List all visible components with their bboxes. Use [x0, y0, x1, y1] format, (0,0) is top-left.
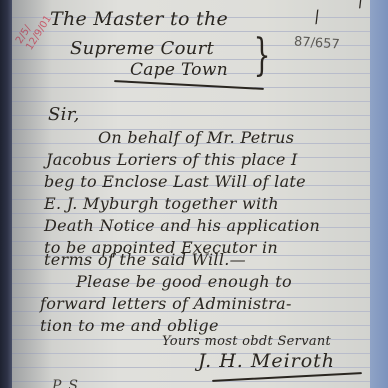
addressee-line-1: The Master to the	[50, 8, 228, 30]
body-line: E. J. Myburgh together with	[44, 194, 279, 213]
body-line: Death Notice and his application	[44, 216, 320, 235]
addressee-line-3: Cape Town	[130, 60, 228, 80]
body-line: beg to Enclose Last Will of late	[44, 172, 306, 191]
body-line: Jacobus Loriers of this place I	[46, 150, 298, 169]
body-line: On behalf of Mr. Petrus	[98, 128, 294, 147]
red-margin-annotation: 2/5/ 12/9/01	[14, 7, 55, 52]
address-underline-flourish	[114, 80, 264, 90]
top-stroke-marks: / /	[311, 0, 370, 26]
body-line: terms of the said Will.—	[44, 250, 246, 269]
salutation: Sir,	[48, 104, 80, 125]
dark-page-edge	[0, 0, 12, 388]
addressee-line-2: Supreme Court	[70, 38, 214, 59]
address-brace: }	[254, 30, 271, 81]
signature: J. H. Meiroth	[198, 350, 335, 372]
reference-number: 87/657	[294, 34, 341, 52]
signature-underline-flourish	[212, 372, 362, 382]
body-line: Please be good enough to	[76, 272, 292, 291]
body-line: forward letters of Administra-	[40, 294, 292, 313]
blue-background-edge	[370, 0, 388, 388]
lined-paper-sheet: / / 2/5/ 12/9/01 The Master to the Supre…	[12, 0, 370, 388]
postscript-partial: P. S. ...	[52, 378, 102, 388]
body-line: tion to me and oblige	[40, 316, 219, 335]
closing: Yours most obdt Servant	[162, 334, 331, 349]
